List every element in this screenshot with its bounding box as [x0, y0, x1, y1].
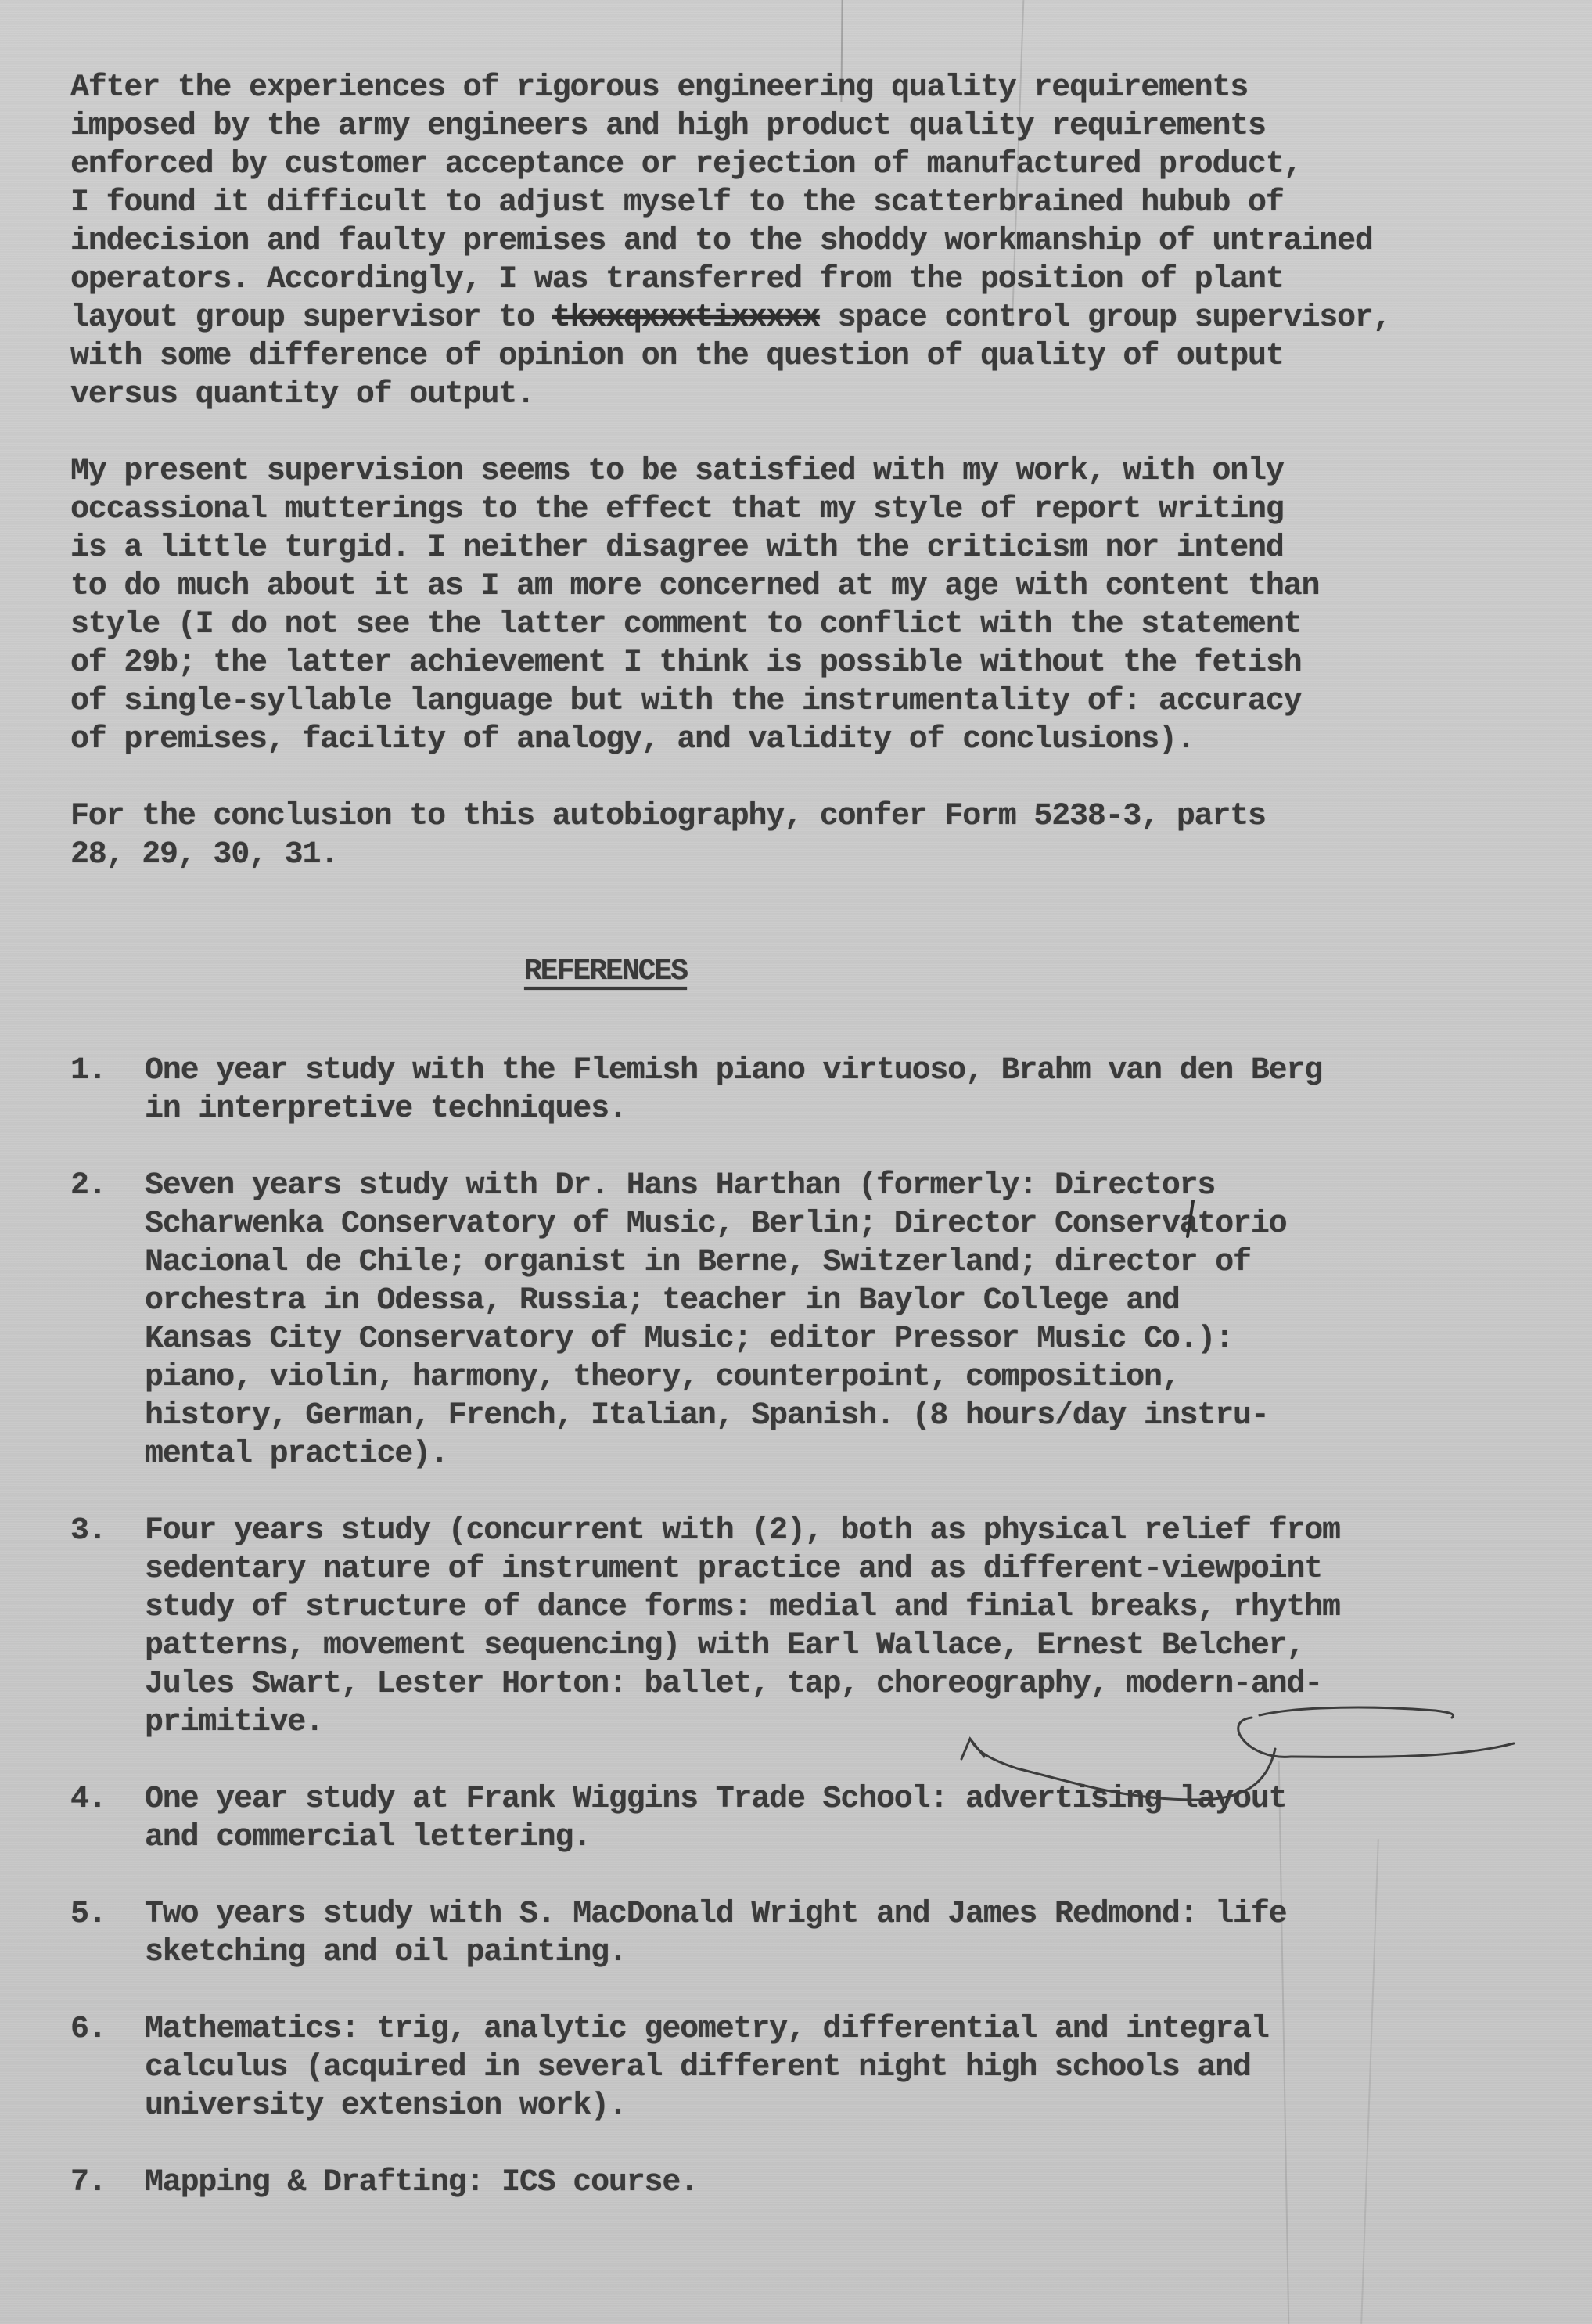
reference-text: Mapping & Drafting: ICS course. — [145, 2164, 1557, 2202]
reference-number: 7. — [70, 2164, 145, 2202]
paragraph-text: After the experiences of rigorous engine… — [70, 70, 1373, 336]
reference-text: Mathematics: trig, analytic geometry, di… — [145, 2010, 1557, 2125]
document-body: After the experiences of rigorous engine… — [70, 69, 1557, 2240]
reference-text: One year study with the Flemish piano vi… — [145, 1052, 1557, 1128]
reference-text: One year study at Frank Wiggins Trade Sc… — [145, 1780, 1557, 1857]
reference-item: 7. Mapping & Drafting: ICS course. — [70, 2164, 1557, 2202]
reference-item: 4. One year study at Frank Wiggins Trade… — [70, 1780, 1557, 1857]
reference-item: 2. Seven years study with Dr. Hans Harth… — [70, 1167, 1557, 1473]
paragraph-present-supervision: My present supervision seems to be satis… — [70, 452, 1557, 759]
reference-text: Seven years study with Dr. Hans Harthan … — [145, 1167, 1557, 1473]
paragraph-conclusion: For the conclusion to this autobiography… — [70, 797, 1557, 874]
reference-item: 1. One year study with the Flemish piano… — [70, 1052, 1557, 1128]
struck-out-text: tkxxqxxxtixxxxx — [552, 300, 820, 336]
references-heading: REFERENCES — [524, 952, 1557, 991]
reference-text: Four years study (concurrent with (2), b… — [145, 1512, 1557, 1742]
reference-number: 2. — [70, 1167, 145, 1473]
reference-number: 6. — [70, 2010, 145, 2125]
reference-text: Two years study with S. MacDonald Wright… — [145, 1895, 1557, 1972]
paragraph-work-history: After the experiences of rigorous engine… — [70, 69, 1557, 414]
reference-number: 1. — [70, 1052, 145, 1128]
reference-number: 3. — [70, 1512, 145, 1742]
reference-item: 3. Four years study (concurrent with (2)… — [70, 1512, 1557, 1742]
references-list: 1. One year study with the Flemish piano… — [70, 1052, 1557, 2202]
reference-item: 6. Mathematics: trig, analytic geometry,… — [70, 2010, 1557, 2125]
reference-number: 4. — [70, 1780, 145, 1857]
reference-item: 5. Two years study with S. MacDonald Wri… — [70, 1895, 1557, 1972]
reference-number: 5. — [70, 1895, 145, 1972]
